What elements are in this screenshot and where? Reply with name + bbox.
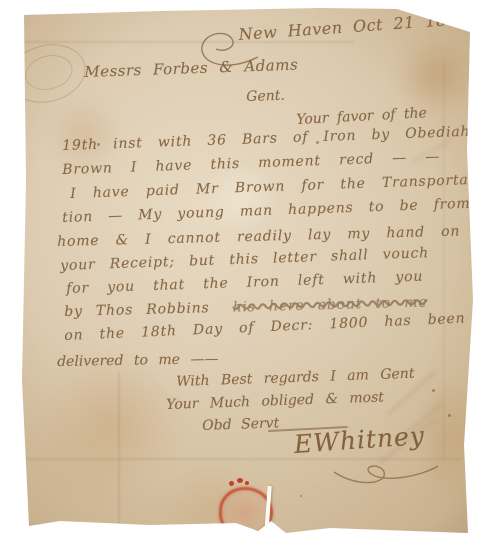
stain — [428, 355, 478, 520]
letter-line: delivered to me —— — [57, 351, 219, 370]
wax-seal-dot — [229, 481, 234, 486]
photo-background: New Haven Oct 21 1800 Messrs Forbes & Ad… — [0, 0, 489, 550]
letter-line: Brown I have this moment recd — — — [62, 149, 440, 178]
letter-paper: New Haven Oct 21 1800 Messrs Forbes & Ad… — [0, 0, 489, 550]
wax-seal-dot — [237, 478, 243, 483]
letter-salutation: Gent. — [246, 88, 285, 105]
pencil-doodle-inner — [21, 50, 76, 95]
letter-line: Your favor of the — [296, 105, 427, 128]
speck — [448, 414, 451, 417]
letter-closing-line: Your Much obliged & most — [166, 389, 384, 413]
fold-crease — [443, 60, 445, 460]
speck — [300, 495, 302, 497]
letter-line: tion — My young man happens to be from — [62, 196, 471, 226]
signature-flourish — [330, 458, 442, 486]
letter-dateline: New Haven Oct 21 1800 — [238, 9, 469, 44]
fold-crease — [26, 458, 461, 460]
speck — [432, 389, 435, 392]
pencil-doodle — [2, 36, 91, 110]
letter-closing-line: With Best regards I am Gent — [176, 366, 415, 390]
letter-line-text: by Thos Robbins — [64, 300, 210, 320]
letter-line: for you that the Iron left with you — [66, 269, 423, 297]
wax-seal-dot — [245, 481, 249, 485]
signature: EWhitney — [293, 421, 426, 459]
stain — [35, 350, 185, 500]
fold-crease — [118, 372, 120, 524]
letter-address: Messrs Forbes & Adams — [84, 56, 298, 81]
fold-crease — [24, 41, 354, 43]
